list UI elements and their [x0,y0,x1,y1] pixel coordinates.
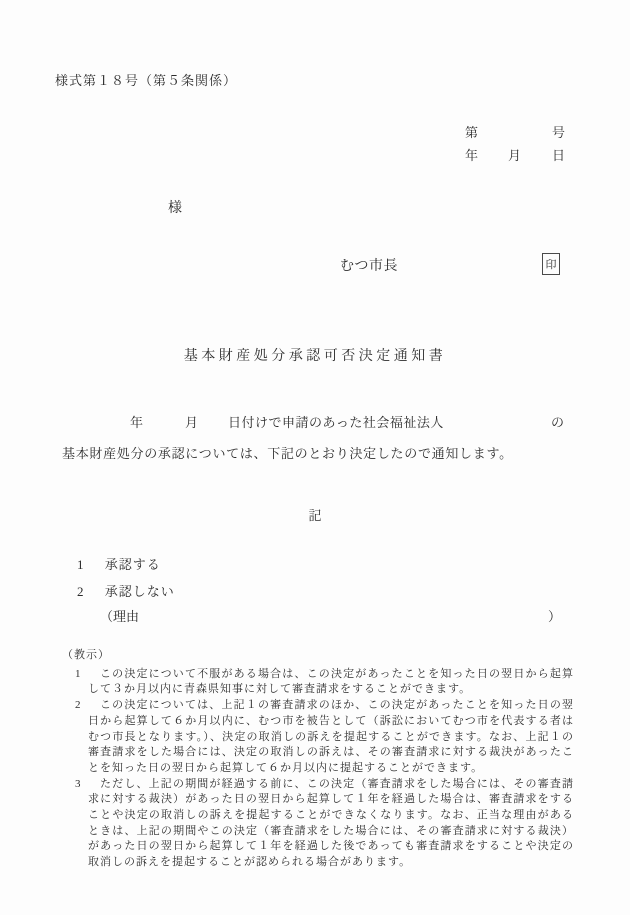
appeal-instruction-item-number: 3 [75,777,82,793]
appeal-instruction-item-text: ただし、上記の期間が経過する前に、この決定（審査請求をした場合には、その審査請求… [88,778,574,869]
appeal-instruction-item: 1 この決定について不服がある場合は、この決定があったことを知った日の翌日から起… [62,667,574,698]
appeal-instruction-item-text: この決定については、上記１の審査請求のほか、この決定があったことを知った日の翌日… [88,699,574,774]
document-title: 基本財産処分承認可否決定通知書 [184,345,447,365]
appeal-instruction-item-text: この決定について不服がある場合は、この決定があったことを知った日の翌日から起算し… [88,668,574,696]
seal-box: 印 [542,253,560,275]
application-line-text: 日付けで申請のあった社会福祉法人 [228,412,444,431]
issue-date-year-label: 年 [465,145,478,164]
addressee-honorific: 様 [168,197,182,217]
form-number-label: 様式第１８号（第５条関係） [55,70,237,89]
issue-date-month-label: 月 [508,145,521,164]
application-line-tail: の [551,412,564,431]
body-notification-line: 基本財産処分の承認については、下記のとおり決定したので通知します。 [62,443,513,462]
issue-date-day-label: 日 [552,145,565,164]
decision-option-reject-number: 2 [77,584,84,600]
application-date-month-label: 月 [185,412,198,431]
decision-option-approve-number: 1 [77,557,84,573]
application-date-year-label: 年 [130,412,143,431]
decision-option-reject-label: 承認しない [105,581,175,600]
appeal-instructions-heading: （教示） [62,648,574,664]
decision-option-approve-label: 承認する [105,554,161,573]
decision-option-reject: 2 承認しない [77,581,175,600]
document-number-suffix: 号 [552,122,565,141]
appeal-instruction-item: 3 ただし、上記の期間が経過する前に、この決定（審査請求をした場合には、その審査… [62,777,574,871]
document-number-prefix: 第 [465,122,478,141]
appeal-instruction-item-number: 2 [75,698,82,714]
decision-option-approve: 1 承認する [77,554,161,573]
appeal-instructions-section: （教示） 1 この決定について不服がある場合は、この決定があったことを知った日の… [62,648,574,871]
reason-field-open: （理由 [100,606,139,625]
seal-mark: 印 [546,256,557,272]
reason-field-close: ） [548,606,561,625]
appeal-instruction-item: 2 この決定については、上記１の審査請求のほか、この決定があったことを知った日の… [62,698,574,777]
record-marker: 記 [308,505,321,524]
document-page: 様式第１８号（第５条関係） 第 号 年 月 日 様 むつ市長 印 基本財産処分承… [0,0,630,915]
issuer-title: むつ市長 [340,255,398,275]
appeal-instruction-item-number: 1 [75,667,82,683]
